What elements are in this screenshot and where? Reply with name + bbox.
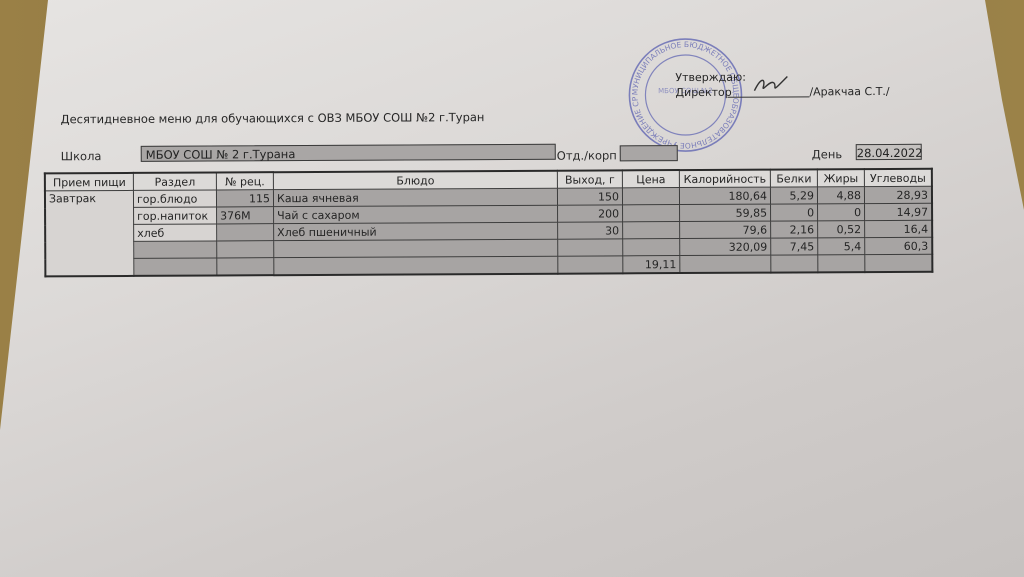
empty-cell (217, 258, 274, 276)
empty-cell (134, 258, 217, 276)
empty-cell (623, 239, 680, 256)
fat-cell: 4,88 (817, 187, 864, 204)
empty-cell (771, 255, 818, 273)
output-cell: 30 (558, 222, 623, 239)
empty-cell (274, 256, 558, 275)
total-protein: 7,45 (771, 238, 818, 255)
meal-cell: Завтрак (45, 190, 134, 276)
total-calories: 320,09 (680, 238, 771, 255)
dish-cell: Каша ячневая (273, 188, 557, 206)
price-cell (622, 188, 679, 205)
col-header-output: Выход, г (557, 170, 622, 188)
carbs-cell: 14,97 (865, 203, 933, 220)
dish-cell: Чай с сахаром (274, 205, 558, 223)
col-header-fat: Жиры (817, 169, 864, 187)
col-header-meal: Прием пищи (45, 173, 134, 191)
col-header-carbs: Углеводы (864, 169, 932, 187)
protein-cell: 2,16 (771, 221, 818, 238)
school-label: Школа (61, 149, 102, 163)
protein-cell: 5,29 (770, 187, 817, 204)
recipe-cell (217, 224, 274, 241)
col-header-section: Раздел (133, 172, 216, 190)
empty-cell (274, 239, 558, 257)
empty-cell (680, 255, 771, 273)
price-cell (623, 205, 680, 222)
calories-cell: 180,64 (679, 187, 770, 204)
carbs-cell: 28,93 (864, 186, 932, 203)
menu-document: МУНИЦИПАЛЬНОЕ БЮДЖЕТНОЕ ОБЩЕОБРАЗОВАТЕЛЬ… (0, 0, 1024, 577)
total-fat: 5,4 (818, 238, 865, 255)
output-cell: 150 (557, 188, 622, 205)
fat-cell: 0,52 (818, 221, 865, 238)
empty-cell (865, 254, 933, 272)
recipe-cell: 376М (217, 207, 274, 224)
empty-cell (134, 241, 217, 258)
section-cell: гор.напиток (134, 207, 217, 224)
dish-cell: Хлеб пшеничный (274, 222, 558, 240)
fat-cell: 0 (818, 204, 865, 221)
calories-cell: 79,6 (680, 221, 771, 238)
day-field: 28.04.2022 (856, 144, 922, 160)
director-name: /Аракчаа С.Т./ (809, 85, 889, 98)
empty-cell (558, 256, 623, 274)
protein-cell: 0 (771, 204, 818, 221)
col-header-calories: Калорийность (679, 170, 770, 188)
empty-cell (217, 241, 274, 258)
dept-label: Отд./корп (557, 148, 617, 162)
recipe-cell: 115 (216, 190, 273, 207)
empty-cell (558, 239, 623, 256)
col-header-price: Цена (622, 170, 679, 188)
price-total-row: 19,11 (45, 254, 932, 276)
section-cell: гор.блюдо (133, 190, 216, 207)
carbs-cell: 16,4 (865, 220, 933, 237)
menu-table: Прием пищи Раздел № рец. Блюдо Выход, г … (44, 168, 934, 278)
signature-icon (751, 74, 791, 96)
output-cell: 200 (558, 205, 623, 222)
col-header-recipe: № рец. (216, 172, 273, 190)
empty-cell (818, 255, 865, 273)
col-header-dish: Блюдо (273, 171, 557, 190)
day-label: День (812, 147, 842, 161)
signature-line (727, 82, 809, 97)
section-cell: хлеб (134, 224, 217, 241)
director-label: Директор (675, 86, 731, 99)
total-price: 19,11 (623, 256, 680, 274)
col-header-protein: Белки (770, 169, 817, 187)
price-cell (623, 222, 680, 239)
dept-field (620, 145, 678, 161)
page-title: Десятидневное меню для обучающихся с ОВЗ… (61, 110, 485, 126)
school-field: МБОУ СОШ № 2 г.Турана (141, 144, 556, 162)
calories-cell: 59,85 (680, 204, 771, 221)
total-carbs: 60,3 (865, 237, 933, 254)
